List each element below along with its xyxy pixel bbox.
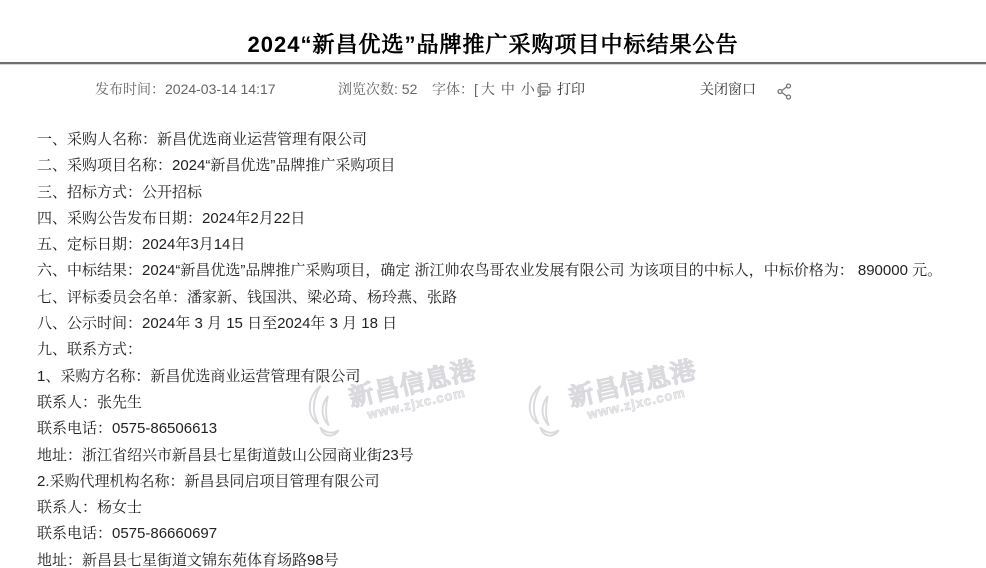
views-count-label: 浏览次数: (338, 81, 398, 97)
content-line: 2.采购代理机构名称：新昌县同启项目管理有限公司 (37, 469, 980, 495)
close-window-button[interactable]: 关闭窗口 (700, 79, 756, 99)
content-line: 联系电话：0575-86506613 (37, 416, 980, 442)
font-size-prefix: 字体：[ (432, 81, 478, 97)
content-line: 联系电话：0575-86660697 (37, 521, 980, 547)
print-button[interactable]: 打印 (536, 79, 585, 99)
content-line: 1、采购方名称：新昌优选商业运营管理有限公司 (37, 364, 980, 390)
share-nodes-icon (777, 83, 792, 100)
publish-time-label: 发布时间： (95, 81, 165, 97)
meta-bar: 发布时间：2024-03-14 14:17 浏览次数: 52 字体：[大中小] … (0, 79, 986, 101)
content-line: 联系人：杨女士 (37, 495, 980, 521)
announcement-body: 一、采购人名称：新昌优选商业运营管理有限公司 二、采购项目名称：2024“新昌优… (37, 127, 980, 568)
content-line: 地址：浙江省绍兴市新昌县七星街道鼓山公园商业街23号 (37, 443, 980, 469)
publish-time-value: 2024-03-14 14:17 (165, 81, 276, 97)
announcement-page: 2024“新昌优选”品牌推广采购项目中标结果公告 发布时间：2024-03-14… (0, 0, 986, 568)
content-line: 联系人：张先生 (37, 390, 980, 416)
print-button-label: 打印 (557, 79, 585, 99)
font-size-control: 字体：[大中小] (432, 79, 542, 99)
font-size-option-medium[interactable]: 中 (498, 81, 518, 97)
views-count-value: 52 (402, 81, 418, 97)
printer-icon (536, 81, 552, 97)
content-line: 五、定标日期：2024年3月14日 (37, 232, 980, 258)
content-line: 六、中标结果：2024“新昌优选”品牌推广采购项目，确定 浙江帅农鸟哥农业发展有… (37, 258, 980, 284)
font-size-option-small[interactable]: 小 (518, 81, 538, 97)
content-line: 九、联系方式： (37, 337, 980, 363)
content-line: 四、采购公告发布日期：2024年2月22日 (37, 206, 980, 232)
page-title: 2024“新昌优选”品牌推广采购项目中标结果公告 (0, 28, 986, 59)
views-count: 浏览次数: 52 (338, 79, 417, 99)
content-line: 七、评标委员会名单：潘家新、钱国洪、梁必琦、杨玲燕、张路 (37, 285, 980, 311)
content-line: 二、采购项目名称：2024“新昌优选”品牌推广采购项目 (37, 153, 980, 179)
publish-time: 发布时间：2024-03-14 14:17 (95, 79, 276, 99)
content-line: 三、招标方式：公开招标 (37, 180, 980, 206)
font-size-option-large[interactable]: 大 (478, 81, 498, 97)
content-line: 地址：新昌县七星街道文锦东苑体育场路98号 (37, 548, 980, 568)
share-button[interactable] (777, 80, 792, 100)
title-divider (0, 62, 986, 65)
content-line: 一、采购人名称：新昌优选商业运营管理有限公司 (37, 127, 980, 153)
content-line: 八、公示时间：2024年 3 月 15 日至2024年 3 月 18 日 (37, 311, 980, 337)
